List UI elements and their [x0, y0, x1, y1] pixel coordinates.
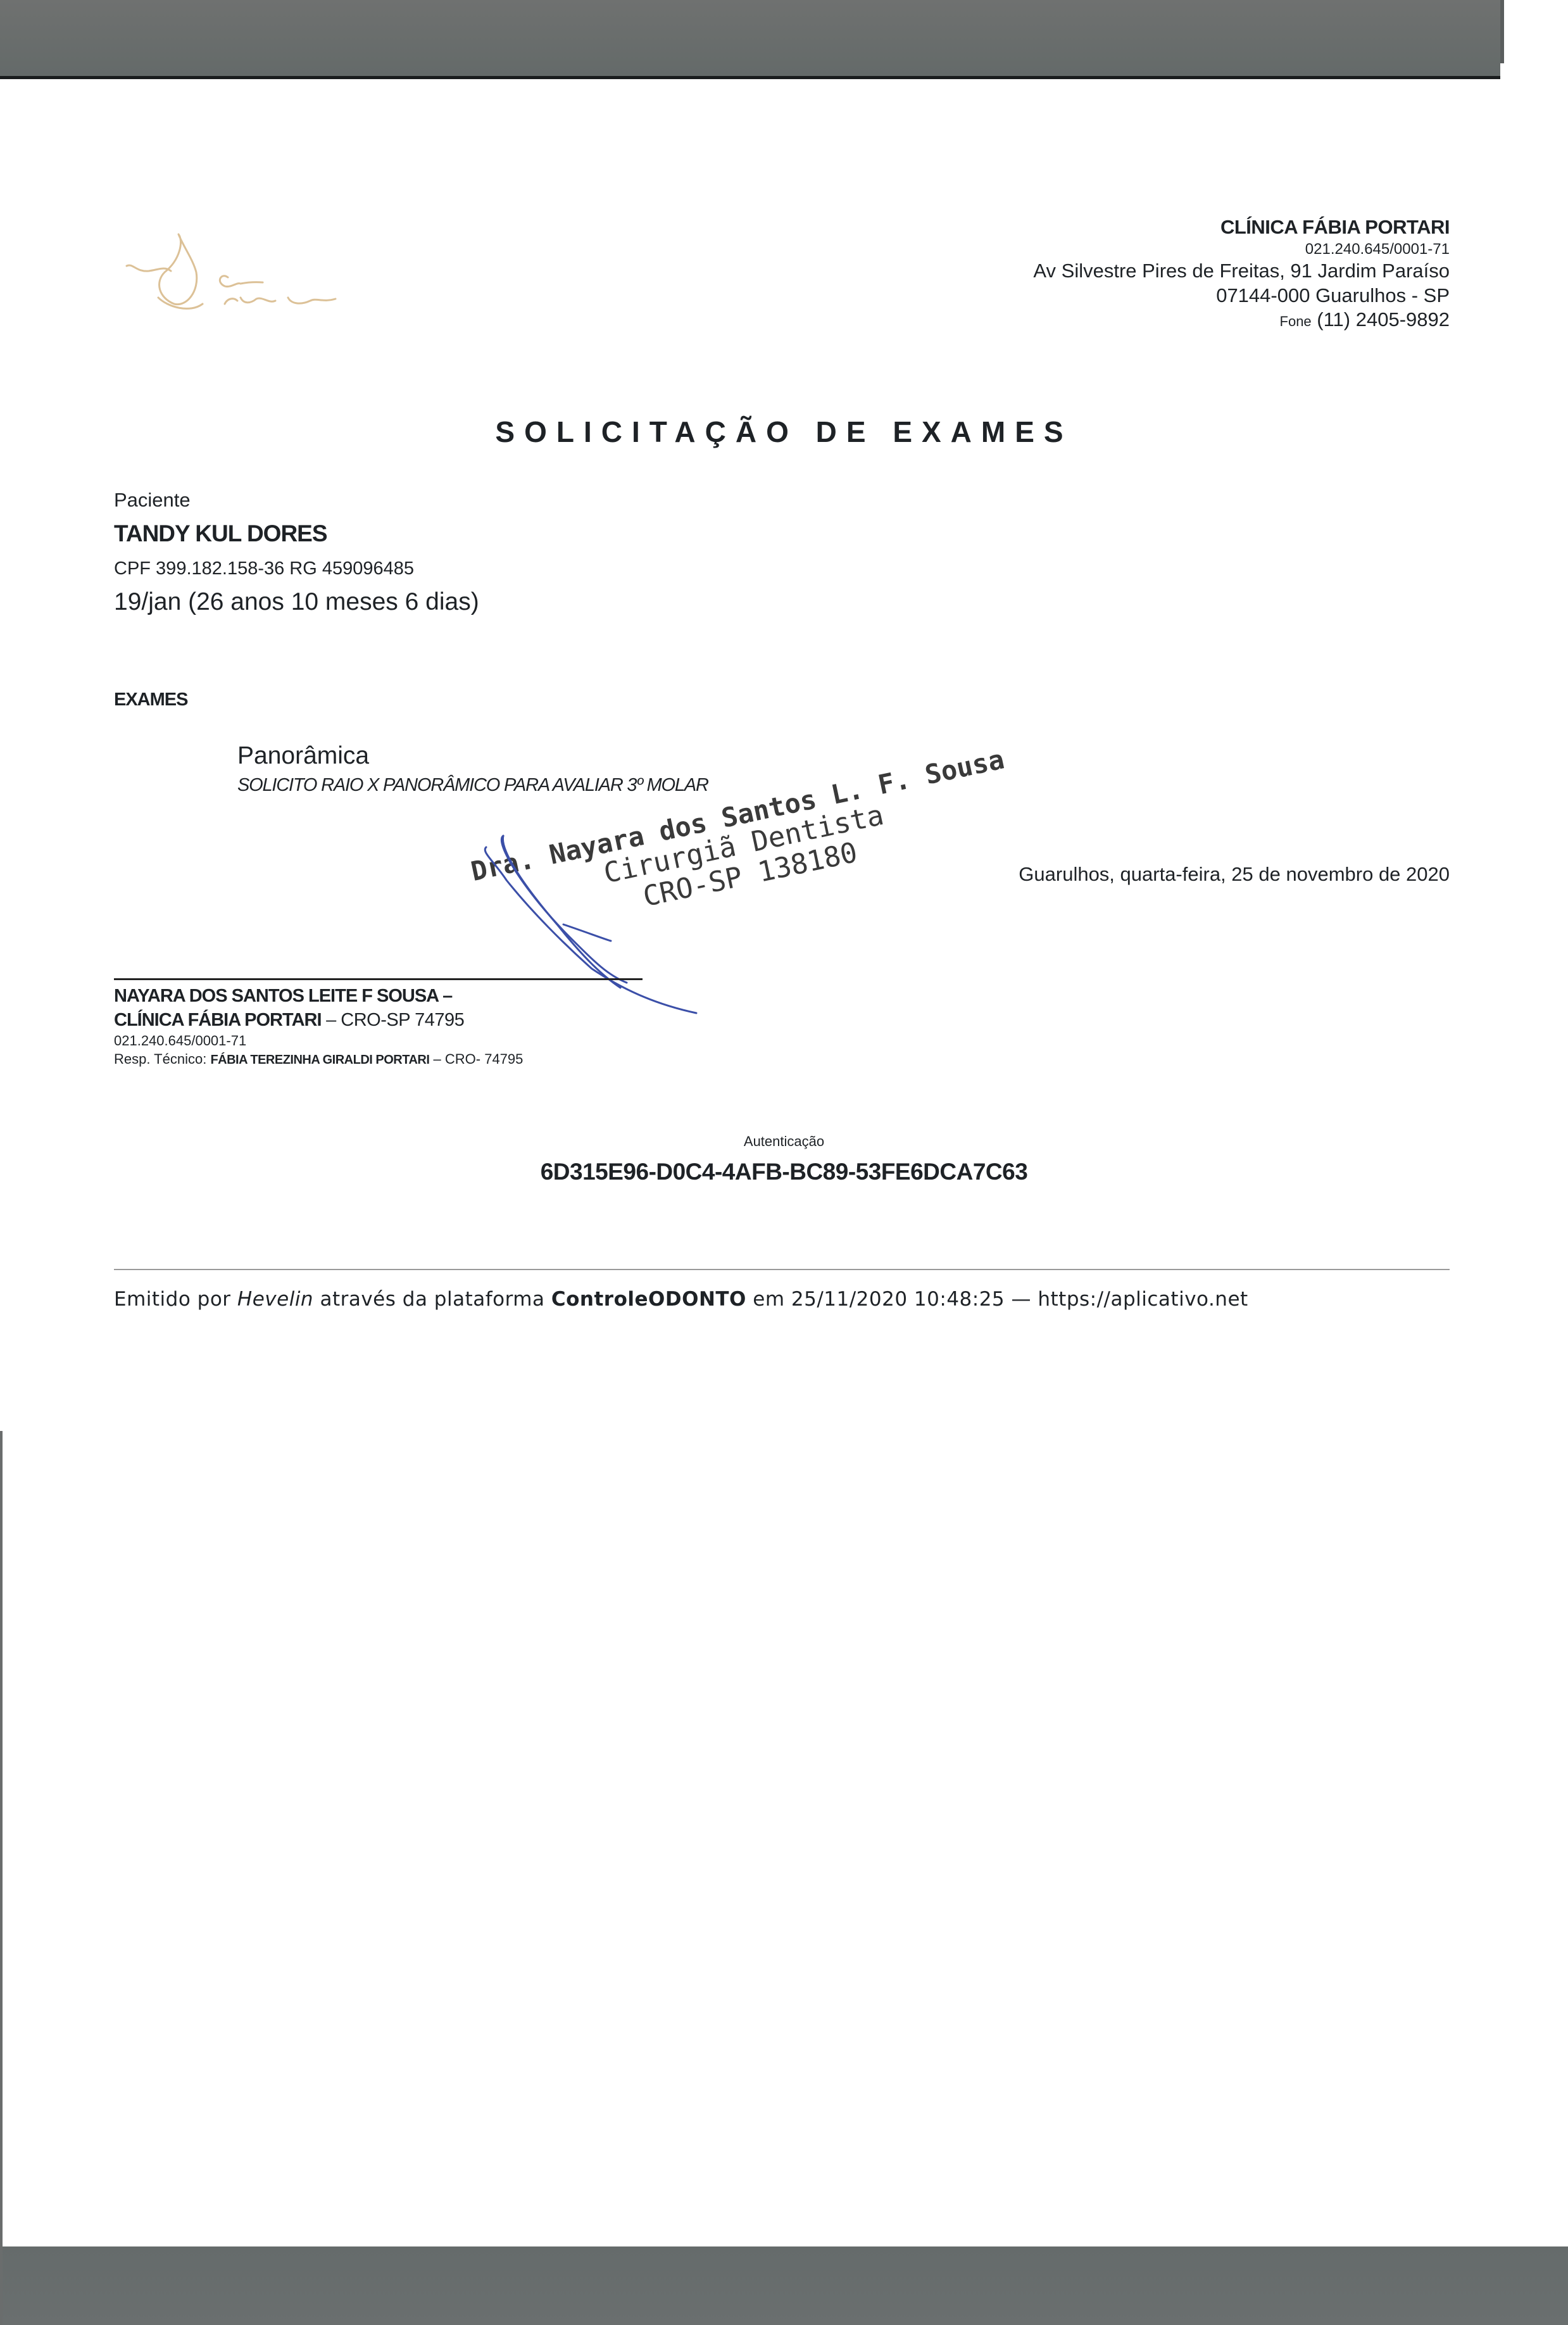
resp-label: Resp. Técnico: — [114, 1051, 210, 1067]
footer-platform: ControleODONTO — [551, 1288, 746, 1311]
scanner-edge-left — [0, 1431, 3, 2325]
patient-label: Paciente — [114, 489, 479, 512]
clinic-logo-icon — [120, 203, 348, 323]
signer-clinic-cro: CLÍNICA FÁBIA PORTARI – CRO-SP 74795 — [114, 1009, 523, 1033]
clinic-name: CLÍNICA FÁBIA PORTARI — [1033, 215, 1450, 240]
footer-emission: Emitido por Hevelin através da plataform… — [114, 1288, 1248, 1311]
exam-name: Panorâmica — [237, 742, 708, 770]
signer-name: NAYARA DOS SANTOS LEITE F SOUSA – — [114, 985, 523, 1009]
signer-cro: – CRO-SP 74795 — [322, 1010, 465, 1030]
authentication-code: 6D315E96-D0C4-4AFB-BC89-53FE6DCA7C63 — [0, 1159, 1568, 1185]
footer-middle: através da plataforma — [313, 1288, 551, 1311]
exam-description: SOLICITO RAIO X PANORÂMICO PARA AVALIAR … — [237, 775, 708, 796]
patient-name: TANDY KUL DORES — [114, 520, 479, 547]
responsible-technician: Resp. Técnico: FÁBIA TEREZINHA GIRALDI P… — [114, 1050, 523, 1069]
authentication-label: Autenticação — [0, 1133, 1568, 1150]
scanner-edge-bottom — [0, 2246, 1568, 2325]
signer-cnpj: 021.240.645/0001-71 — [114, 1032, 523, 1050]
clinic-cnpj: 021.240.645/0001-71 — [1033, 240, 1450, 259]
exams-heading: EXAMES — [114, 690, 187, 710]
clinic-phone-number: (11) 2405-9892 — [1317, 308, 1450, 331]
clinic-address: Av Silvestre Pires de Freitas, 91 Jardim… — [1033, 259, 1450, 284]
place-date: Guarulhos, quarta-feira, 25 de novembro … — [1019, 863, 1450, 886]
signature-line — [114, 978, 643, 980]
clinic-city: 07144-000 Guarulhos - SP — [1033, 284, 1450, 308]
clinic-phone: Fone (11) 2405-9892 — [1033, 308, 1450, 332]
clinic-header: CLÍNICA FÁBIA PORTARI 021.240.645/0001-7… — [1033, 215, 1450, 332]
signer-block: NAYARA DOS SANTOS LEITE F SOUSA – CLÍNIC… — [114, 985, 523, 1069]
footer-suffix: em 25/11/2020 10:48:25 — https://aplicat… — [746, 1288, 1248, 1311]
document-title: SOLICITAÇÃO DE EXAMES — [0, 415, 1568, 449]
signer-clinic: CLÍNICA FÁBIA PORTARI — [114, 1010, 322, 1030]
footer-prefix: Emitido por — [114, 1288, 237, 1311]
clinic-phone-label: Fone — [1280, 313, 1312, 329]
exam-item: Panorâmica SOLICITO RAIO X PANORÂMICO PA… — [237, 742, 708, 796]
patient-section: Paciente TANDY KUL DORES CPF 399.182.158… — [114, 489, 479, 616]
authentication-block: Autenticação 6D315E96-D0C4-4AFB-BC89-53F… — [0, 1133, 1568, 1185]
resp-cro: – CRO- 74795 — [429, 1051, 523, 1067]
footer-divider — [114, 1269, 1450, 1270]
scanner-edge-top — [0, 0, 1500, 79]
resp-name: FÁBIA TEREZINHA GIRALDI PORTARI — [210, 1053, 429, 1067]
patient-birth-age: 19/jan (26 anos 10 meses 6 dias) — [114, 588, 479, 616]
footer-user: Hevelin — [237, 1288, 313, 1311]
scanner-edge-top-right — [1500, 0, 1568, 63]
patient-ids: CPF 399.182.158-36 RG 459096485 — [114, 558, 479, 579]
